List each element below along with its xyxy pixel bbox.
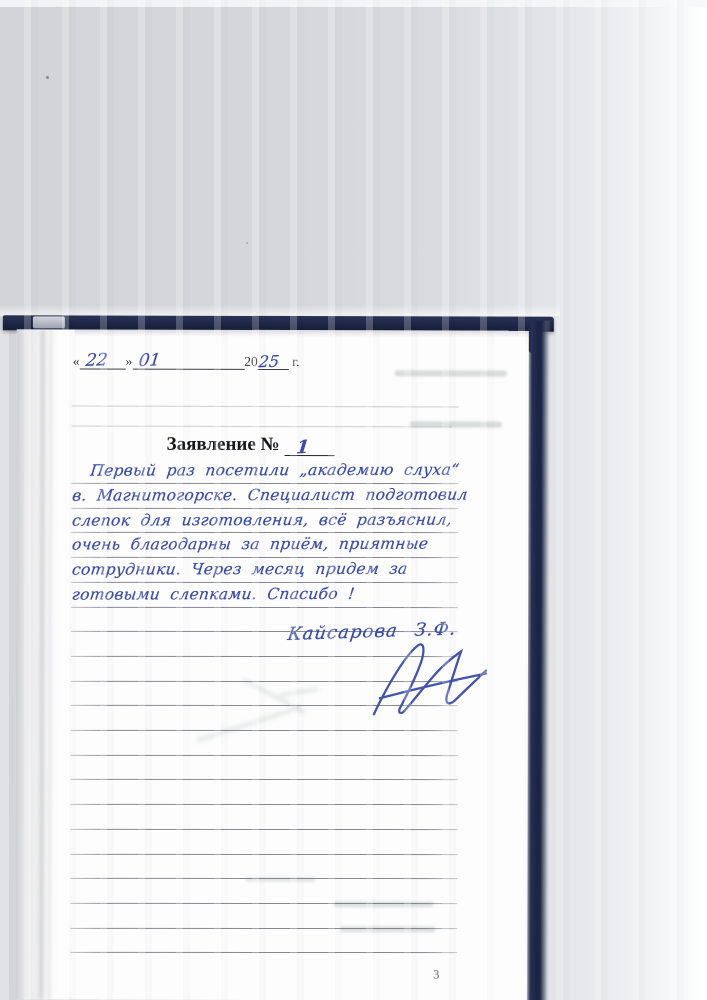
- notebook-cover-top-edge: [3, 315, 554, 331]
- binding-crease: [48, 329, 52, 999]
- scan-left-edge: [0, 330, 9, 1000]
- rule-line: [71, 680, 458, 681]
- rule-line: [71, 483, 458, 484]
- rule-line: [71, 656, 458, 657]
- notebook-cover-right-edge: [525, 321, 551, 1000]
- rule-line: [71, 606, 458, 607]
- faint-form-line: [72, 405, 459, 407]
- scan-light-band: [0, 305, 560, 316]
- handwriting-line: в. Магнитогорске. Специалист подготовил: [71, 485, 503, 504]
- rule-line: [71, 755, 458, 756]
- notebook: «22»012025 г. Заявление № 1 Первый раз п…: [1, 315, 554, 1000]
- rule-line: [71, 829, 458, 830]
- rule-line: [71, 631, 458, 632]
- date-open-quote: «: [73, 353, 80, 368]
- date-month-blank: 01: [132, 354, 244, 370]
- showthrough-smudge: [245, 877, 315, 882]
- showthrough-smudge: [340, 926, 435, 932]
- notebook-cover-corner: [500, 330, 532, 354]
- showthrough-smudge: [410, 421, 502, 427]
- scan-background: «22»012025 г. Заявление № 1 Первый раз п…: [0, 0, 707, 1000]
- date-year-prefix: 20: [244, 354, 258, 369]
- journal-page: «22»012025 г. Заявление № 1 Первый раз п…: [15, 329, 529, 1000]
- dust-speck: [246, 242, 248, 244]
- signature-name: Кайсарова З.Ф.: [286, 619, 457, 645]
- binding-crease: [39, 329, 45, 999]
- rule-line: [71, 557, 458, 558]
- rule-line: [71, 508, 458, 509]
- rule-line: [70, 927, 457, 928]
- faint-form-line: [72, 425, 452, 427]
- rule-line: [71, 804, 458, 805]
- rule-line: [71, 582, 458, 583]
- date-day-blank: 22: [80, 353, 126, 369]
- page-number: 3: [433, 967, 439, 982]
- handwriting-line: сотрудники. Через месяц придем за: [71, 559, 503, 578]
- handwriting-line: очень благодарны за приём, приятные: [71, 534, 503, 553]
- date-day-value: 22: [84, 350, 108, 371]
- rule-line: [70, 903, 457, 904]
- date-year-blank: 25: [258, 354, 289, 370]
- showthrough-signature-ghost: [184, 682, 334, 757]
- application-heading: Заявление № 1: [167, 434, 335, 456]
- date-month-value: 01: [137, 350, 161, 371]
- handwriting-line: Первый раз посетили „академию слуха“: [89, 461, 521, 480]
- date-year-value: 25: [258, 352, 281, 372]
- scan-top-edge: [0, 0, 707, 7]
- rule-line: [71, 730, 458, 731]
- date-line: «22»012025 г.: [73, 353, 373, 370]
- handwriting-line: готовыми слепками. Спасибо !: [71, 584, 503, 603]
- heading-number-value: 1: [295, 437, 310, 458]
- cover-highlight: [33, 316, 65, 328]
- rule-line: [70, 952, 457, 953]
- heading-label: Заявление №: [167, 434, 280, 455]
- rule-line: [71, 705, 458, 706]
- rule-line: [71, 532, 458, 533]
- handwriting-line: слепок для изготовления, всё разъяснил,: [71, 510, 503, 529]
- binding-shadow: [15, 329, 75, 999]
- signature-flourish-icon: [368, 640, 488, 718]
- heading-number-blank: 1: [284, 440, 334, 456]
- rule-line: [70, 853, 457, 854]
- dust-speck: [46, 76, 49, 79]
- date-close-quote: »: [126, 354, 133, 369]
- handwritten-entry: Первый раз посетили „академию слуха“ в. …: [17, 329, 529, 330]
- ruled-lines: [17, 329, 529, 330]
- date-year-suffix: г.: [292, 354, 299, 369]
- rule-line: [71, 779, 458, 780]
- showthrough-smudge: [395, 370, 507, 376]
- rule-line: [70, 878, 457, 879]
- showthrough-smudge: [333, 901, 433, 907]
